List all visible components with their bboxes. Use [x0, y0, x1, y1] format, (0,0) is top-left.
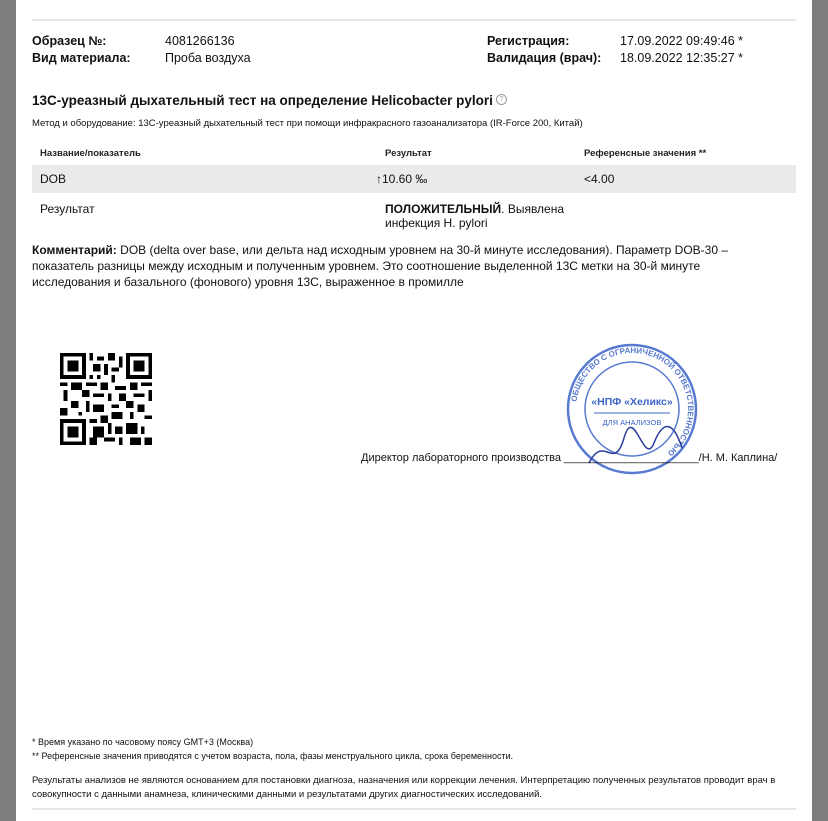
- result-text-line2: инфекция H. pylori: [385, 216, 488, 230]
- svg-text:«НПФ «Хеликс»: «НПФ «Хеликс»: [591, 396, 673, 408]
- registration-label: Регистрация:: [487, 34, 569, 48]
- svg-text:ДЛЯ АНАЛИЗОВ: ДЛЯ АНАЛИЗОВ: [603, 418, 662, 427]
- material-label: Вид материала:: [32, 51, 131, 65]
- comment-label: Комментарий:: [32, 243, 117, 257]
- signature-line: Директор лабораторного производства ____…: [361, 452, 777, 464]
- help-icon[interactable]: ?: [496, 94, 507, 105]
- test-title: 13С-уреазный дыхательный тест на определ…: [32, 93, 507, 108]
- col-header-result: Результат: [385, 148, 432, 159]
- col-header-reference: Референсные значения **: [584, 148, 706, 159]
- row-result-value: ПОЛОЖИТЕЛЬНЫЙ. Выявлена инфекция H. pylo…: [385, 202, 564, 230]
- result-positive: ПОЛОЖИТЕЛЬНЫЙ: [385, 202, 501, 216]
- comment-block: Комментарий: DOB (delta over base, или д…: [32, 242, 782, 290]
- qr-code: [60, 353, 152, 445]
- sample-value: 4081266136: [165, 34, 235, 48]
- sample-label: Образец №:: [32, 34, 106, 48]
- validation-value: 18.09.2022 12:35:27 *: [620, 51, 743, 65]
- validation-label: Валидация (врач):: [487, 51, 601, 65]
- comment-text: DOB (delta over base, или дельта над исх…: [32, 243, 728, 289]
- director-name: /Н. М. Каплина/: [699, 452, 778, 464]
- top-divider: [32, 19, 796, 21]
- method-text: Метод и оборудование: 13С-уреазный дыхат…: [32, 118, 583, 129]
- signature-blank: ______________________: [564, 452, 699, 464]
- test-title-text: 13С-уреазный дыхательный тест на определ…: [32, 93, 493, 108]
- registration-value: 17.09.2022 09:49:46 *: [620, 34, 743, 48]
- row-dob-reference: <4.00: [584, 172, 614, 186]
- material-value: Проба воздуха: [165, 51, 251, 65]
- bottom-divider: [32, 808, 796, 810]
- col-header-name: Название/показатель: [40, 148, 141, 159]
- footnote-time: * Время указано по часовому поясу GMT+3 …: [32, 737, 253, 747]
- row-result-name: Результат: [40, 202, 95, 216]
- result-text-line1: . Выявлена: [501, 202, 564, 216]
- row-dob-name: DOB: [40, 172, 66, 186]
- director-title: Директор лабораторного производства: [361, 452, 561, 464]
- disclaimer: Результаты анализов не являются основани…: [32, 774, 792, 802]
- row-dob-result: ↑10.60 ‰: [376, 172, 427, 186]
- footnote-reference: ** Референсные значения приводятся с уче…: [32, 751, 513, 761]
- document-page: Образец №: 4081266136 Вид материала: Про…: [16, 0, 812, 821]
